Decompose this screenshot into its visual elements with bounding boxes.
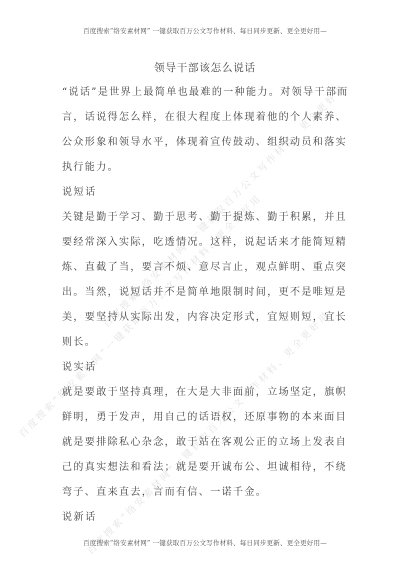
body-paragraph: 关键是勤于学习、勤于思考、勤于提炼、勤于积累，并且要经常深入实际，吃透情况。这样… [62,205,350,355]
text-line: 出。当然，说短话并不是简单地限制时间，更不是唯短是 [62,280,350,305]
document-page: 百度搜索“络安素材网”一键获取百万公文写作材料、更全更好用 百度搜索“络安素材网… [0,0,410,580]
text-line: “说话”是世界上最简单也最难的一种能力。对领导干部而 [62,80,350,105]
text-line: 要经常深入实际，吃透情况。这样，说起话来才能简短精 [62,230,350,255]
text-line: 己的真实想法和看法；就是要开诚布公、坦诚相待，不绕 [62,455,350,480]
section-heading: 说新话 [62,505,350,530]
text-line: 公众形象和领导水平，体现着宣传鼓动、组织动员和落实 [62,130,350,155]
text-line: 说短话 [62,180,350,205]
document-body: “说话”是世界上最简单也最难的一种能力。对领导干部而言，话说得怎么样，在很大程度… [62,80,350,530]
text-line: 炼、直截了当，要言不烦、意尽言止，观点鲜明、重点突 [62,255,350,280]
text-line: 说实话 [62,355,350,380]
text-line: 就是要敢于坚持真理，在大是大非面前，立场坚定，旗帜 [62,380,350,405]
text-line: 说新话 [62,505,350,530]
text-line: 关键是勤于学习、勤于思考、勤于提炼、勤于积累，并且 [62,205,350,230]
header-promo-note: 百度搜索“络安素材网” 一键获取百万公文写作材料、每日同步更新、更全更好用— [0,26,410,35]
text-line: 鲜明，勇于发声，用自己的话语权，还原事物的本来面目 [62,405,350,430]
body-paragraph: 就是要敢于坚持真理，在大是大非面前，立场坚定，旗帜鲜明，勇于发声，用自己的话语权… [62,380,350,505]
document-title: 领导干部该怎么说话 [0,60,410,75]
section-heading: 说实话 [62,355,350,380]
text-line: 美，要坚持从实际出发，内容决定形式，宜短则短，宜长 [62,305,350,330]
section-heading: 说短话 [62,180,350,205]
text-line: 执行能力。 [62,155,350,180]
footer-promo-note: 百度搜索“络安素材网” 一键获取百万公文写作材料、每日同步更新、更全更好用— [0,538,410,547]
body-paragraph: “说话”是世界上最简单也最难的一种能力。对领导干部而言，话说得怎么样，在很大程度… [62,80,350,180]
text-line: 弯子、直来直去，言而有信、一诺千金。 [62,480,350,505]
text-line: 则长。 [62,330,350,355]
text-line: 言，话说得怎么样，在很大程度上体现着他的个人素养、 [62,105,350,130]
text-line: 就是要排除私心杂念，敢于站在客观公正的立场上发表自 [62,430,350,455]
